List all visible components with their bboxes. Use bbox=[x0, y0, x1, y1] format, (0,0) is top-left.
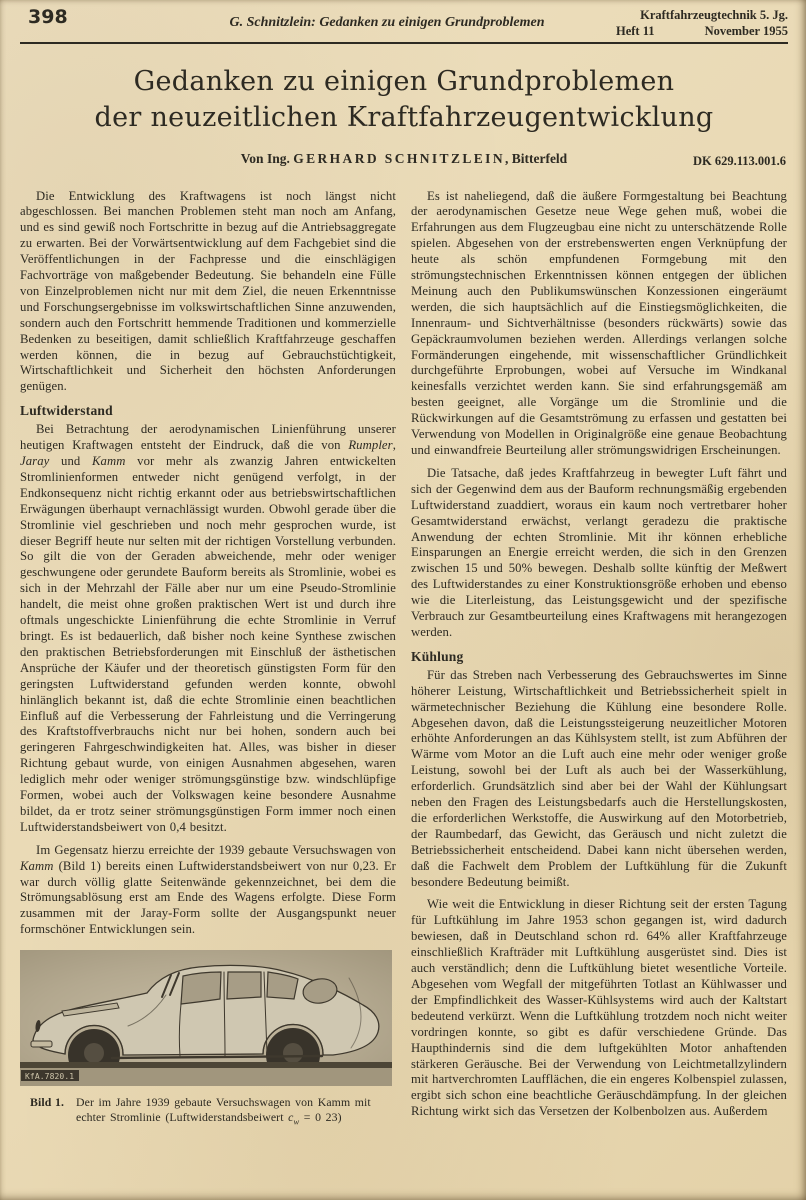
issue-line: Heft 11 November 1955 bbox=[616, 24, 788, 40]
byline: Von Ing. GERHARD SCHNITZLEIN, Bitterfeld bbox=[20, 151, 788, 167]
dk-classification-number: DK 629.113.001.6 bbox=[693, 154, 786, 169]
caption-text: Der im Jahre 1939 gebaute Versuchswagen … bbox=[76, 1095, 396, 1128]
paragraph-kuehlung-1: Für das Streben nach Verbesserung des Ge… bbox=[411, 668, 787, 891]
paragraph-luftwiderstand-2: Im Gegensatz hierzu erreichte der 1939 g… bbox=[20, 843, 396, 938]
running-head: G. Schnitzlein: Gedanken zu einigen Grun… bbox=[158, 8, 616, 31]
article-title: Gedanken zu einigen Grundproblemen der n… bbox=[20, 64, 788, 135]
figure-bild-1: KfA.7820.1 Bild 1. Der im Jahre 1939 geb… bbox=[20, 950, 396, 1128]
rear-hub bbox=[283, 1043, 303, 1063]
bumper bbox=[31, 1041, 52, 1047]
car-photo: KfA.7820.1 bbox=[20, 950, 392, 1086]
section-heading-luftwiderstand: Luftwiderstand bbox=[20, 403, 396, 419]
ground-shadow bbox=[20, 1062, 392, 1068]
issue-date: November 1955 bbox=[705, 24, 788, 40]
rear-door-window bbox=[227, 972, 261, 999]
journal-page: 398 G. Schnitzlein: Gedanken zu einigen … bbox=[0, 0, 806, 1200]
column-left: Die Entwicklung des Kraftwagens ist noch… bbox=[20, 189, 396, 1129]
paragraph-luftwiderstand-1: Bei Betrachtung der aerodynamischen Lini… bbox=[20, 422, 396, 836]
front-hub bbox=[84, 1043, 104, 1063]
article-title-line1: Gedanken zu einigen Grundproblemen bbox=[20, 64, 788, 100]
article-body: Die Entwicklung des Kraftwagens ist noch… bbox=[20, 189, 788, 1129]
page-header: 398 G. Schnitzlein: Gedanken zu einigen … bbox=[20, 8, 788, 44]
byline-row: Von Ing. GERHARD SCHNITZLEIN, Bitterfeld… bbox=[20, 151, 788, 173]
issue-number: Heft 11 bbox=[616, 24, 655, 40]
section-heading-kuehlung: Kühlung bbox=[411, 649, 787, 665]
figure-caption: Bild 1. Der im Jahre 1939 gebaute Versuc… bbox=[20, 1095, 396, 1128]
photo-archive-label: KfA.7820.1 bbox=[25, 1072, 74, 1081]
column-right: Es ist naheliegend, daß die äußere Formg… bbox=[411, 189, 787, 1129]
caption-label: Bild 1. bbox=[30, 1095, 76, 1128]
photo-archive-tag: KfA.7820.1 bbox=[21, 1070, 79, 1081]
journal-info: Kraftfahrzeugtechnik 5. Jg. Heft 11 Nove… bbox=[616, 8, 788, 39]
journal-name: Kraftfahrzeugtechnik 5. Jg. bbox=[616, 8, 788, 24]
paragraph-intro: Die Entwicklung des Kraftwagens ist noch… bbox=[20, 189, 396, 396]
paragraph-kuehlung-2: Wie weit die Entwicklung in dieser Richt… bbox=[411, 897, 787, 1120]
page-number: 398 bbox=[20, 8, 158, 27]
article-title-line2: der neuzeitlichen Kraftfahrzeugentwicklu… bbox=[20, 100, 788, 136]
paragraph-gesamtwiderstand: Die Tatsache, daß jedes Kraftfahrzeug in… bbox=[411, 466, 787, 641]
front-door-window bbox=[181, 972, 221, 1004]
paragraph-formgestaltung: Es ist naheliegend, daß die äußere Formg… bbox=[411, 189, 787, 459]
